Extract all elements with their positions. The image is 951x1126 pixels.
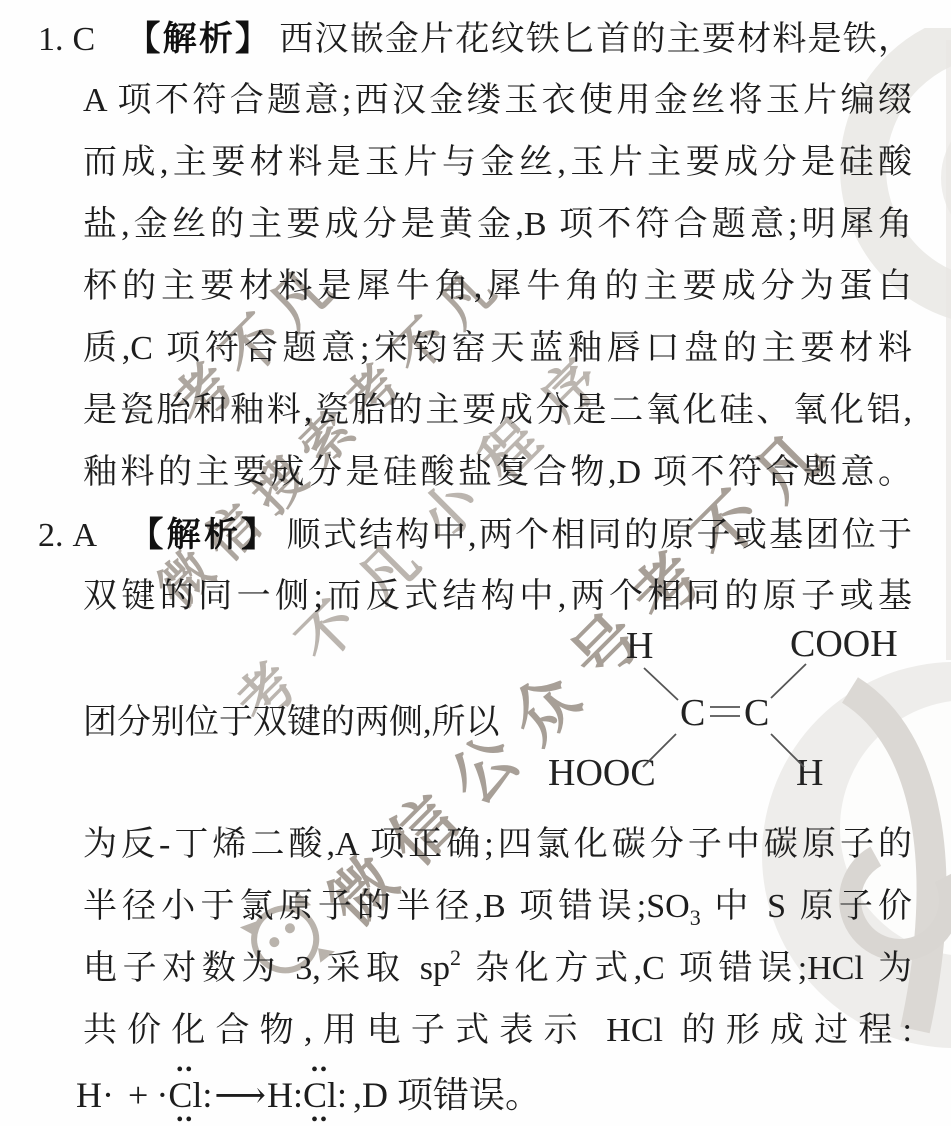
electron-dots: •• [176,1115,194,1125]
line-text: 质,C 项符合题意;宋钧窑天蓝釉唇口盘的主要材料 [83,330,912,367]
explanation-line: 是瓷胎和釉料,瓷胎的主要成分是二氧化硅、氧化铝, [83,388,912,434]
item-answer: C [73,17,96,63]
explanation-line: 釉料的主要成分是硅酸盐复合物,D 项不符合题意。 [83,450,912,496]
analysis-tag: 【解析】 [125,20,271,58]
substituent-hooc-bottom: HOOC [548,752,656,794]
subscript-3: 3 [690,905,701,930]
item-answer: A [73,513,98,559]
explanation-line: A 项不符合题意;西汉金缕玉衣使用金丝将玉片编缀 [83,78,912,124]
line-text: 共价化合物,用电子式表示 HCl 的形成过程: [83,1012,912,1049]
analysis-tag: 【解析】 [127,516,278,554]
electron-colon: : [202,1075,212,1115]
line-text: 半径小于氯原子的半径,B 项错误;SO [83,888,690,925]
reaction-arrow: ⟶ [214,1075,265,1115]
line-text: 杯的主要材料是犀牛角,犀牛角的主要成分为蛋白 [83,268,912,305]
line-text: 杂化方式,C 项错误;HCl 为 [461,950,912,987]
line-text: 团分别位于双键的两侧,所以 [83,704,500,741]
line-text: 为反-丁烯二酸,A 项正确;四氯化碳分子中碳原子的 [83,826,912,863]
electron-dot: · [156,1075,168,1115]
explanation-line: 为反-丁烯二酸,A 项正确;四氯化碳分子中碳原子的 [83,822,912,868]
line-text: 而成,主要材料是玉片与金丝,玉片主要成分是硅酸 [83,144,912,181]
chlorine-atom: ••Cl•• [168,1072,202,1118]
explanation-line: 而成,主要材料是玉片与金丝,玉片主要成分是硅酸 [83,140,912,186]
line-text: ,D 项错误。 [353,1075,541,1115]
line-text: 釉料的主要成分是硅酸盐复合物,D 项不符合题意。 [83,454,912,491]
substituent-h-bottom: H [796,752,823,794]
electron-dots: •• [176,1065,194,1075]
explanation-line: 1.C【解析】西汉嵌金片花纹铁匕首的主要材料是铁， [38,16,912,63]
carbon-left: C [680,692,705,734]
explanation-line: 盐,金丝的主要成分是黄金,B 项不符合题意;明犀角 [83,202,912,248]
plus-sign: + [128,1075,148,1115]
substituent-h-top: H [626,625,653,667]
explanation-line: 电子对数为 3,采取 sp2 杂化方式,C 项错误;HCl 为 [83,946,912,992]
line-text: 中 S 原子价 [701,888,912,925]
line-text: 双键的同一侧;而反式结构中,两个相同的原子或基 [83,578,912,615]
answer-sheet-page: 考不凡 微信搜索考不凡 考不凡小程序 微信公众号考不凡 1.C【解析】西汉嵌金片… [0,0,951,1126]
chlorine-atom: ••Cl•• [303,1072,337,1118]
electron-dots: •• [311,1065,329,1075]
substituent-cooh-top: COOH [790,623,898,665]
electron-formula-line: H·+·••Cl••:⟶H:••Cl••:,D 项错误。 [76,1072,541,1118]
electron-dots: •• [311,1115,329,1125]
item-number: 1. [38,17,64,63]
h-radical: H· [76,1075,114,1115]
line-text: 西汉嵌金片花纹铁匕首的主要材料是铁， [279,21,912,58]
explanation-line: 半径小于氯原子的半径,B 项错误;SO3 中 S 原子价 [83,884,912,930]
explanation-line: 团分别位于双键的两侧,所以 [83,700,500,746]
explanation-line: 共价化合物,用电子式表示 HCl 的形成过程: [83,1008,912,1054]
item-number: 2. [38,513,64,559]
carbon-right: C [744,692,769,734]
line-text: 是瓷胎和釉料,瓷胎的主要成分是二氧化硅、氧化铝, [83,392,912,429]
electron-colon: : [337,1075,347,1115]
line-text: A 项不符合题意;西汉金缕玉衣使用金丝将玉片编缀 [83,82,912,119]
line-text: 盐,金丝的主要成分是黄金,B 项不符合题意;明犀角 [83,206,912,243]
explanation-line: 杯的主要材料是犀牛角,犀牛角的主要成分为蛋白 [83,264,912,310]
explanation-line: 质,C 项符合题意;宋钧窑天蓝釉唇口盘的主要材料 [83,326,912,372]
h-shared-pair: H: [267,1075,303,1115]
bond-lines [643,664,806,767]
superscript-2: 2 [450,945,461,970]
fumaric-acid-structure: H COOH C C HOOC H [540,612,920,802]
scan-edge-shadow [946,40,951,660]
explanation-line: 2.A【解析】顺式结构中,两个相同的原子或基团位于 [38,512,912,559]
line-text: 电子对数为 3,采取 sp [83,950,450,987]
line-text: 顺式结构中,两个相同的原子或基团位于 [287,517,912,554]
